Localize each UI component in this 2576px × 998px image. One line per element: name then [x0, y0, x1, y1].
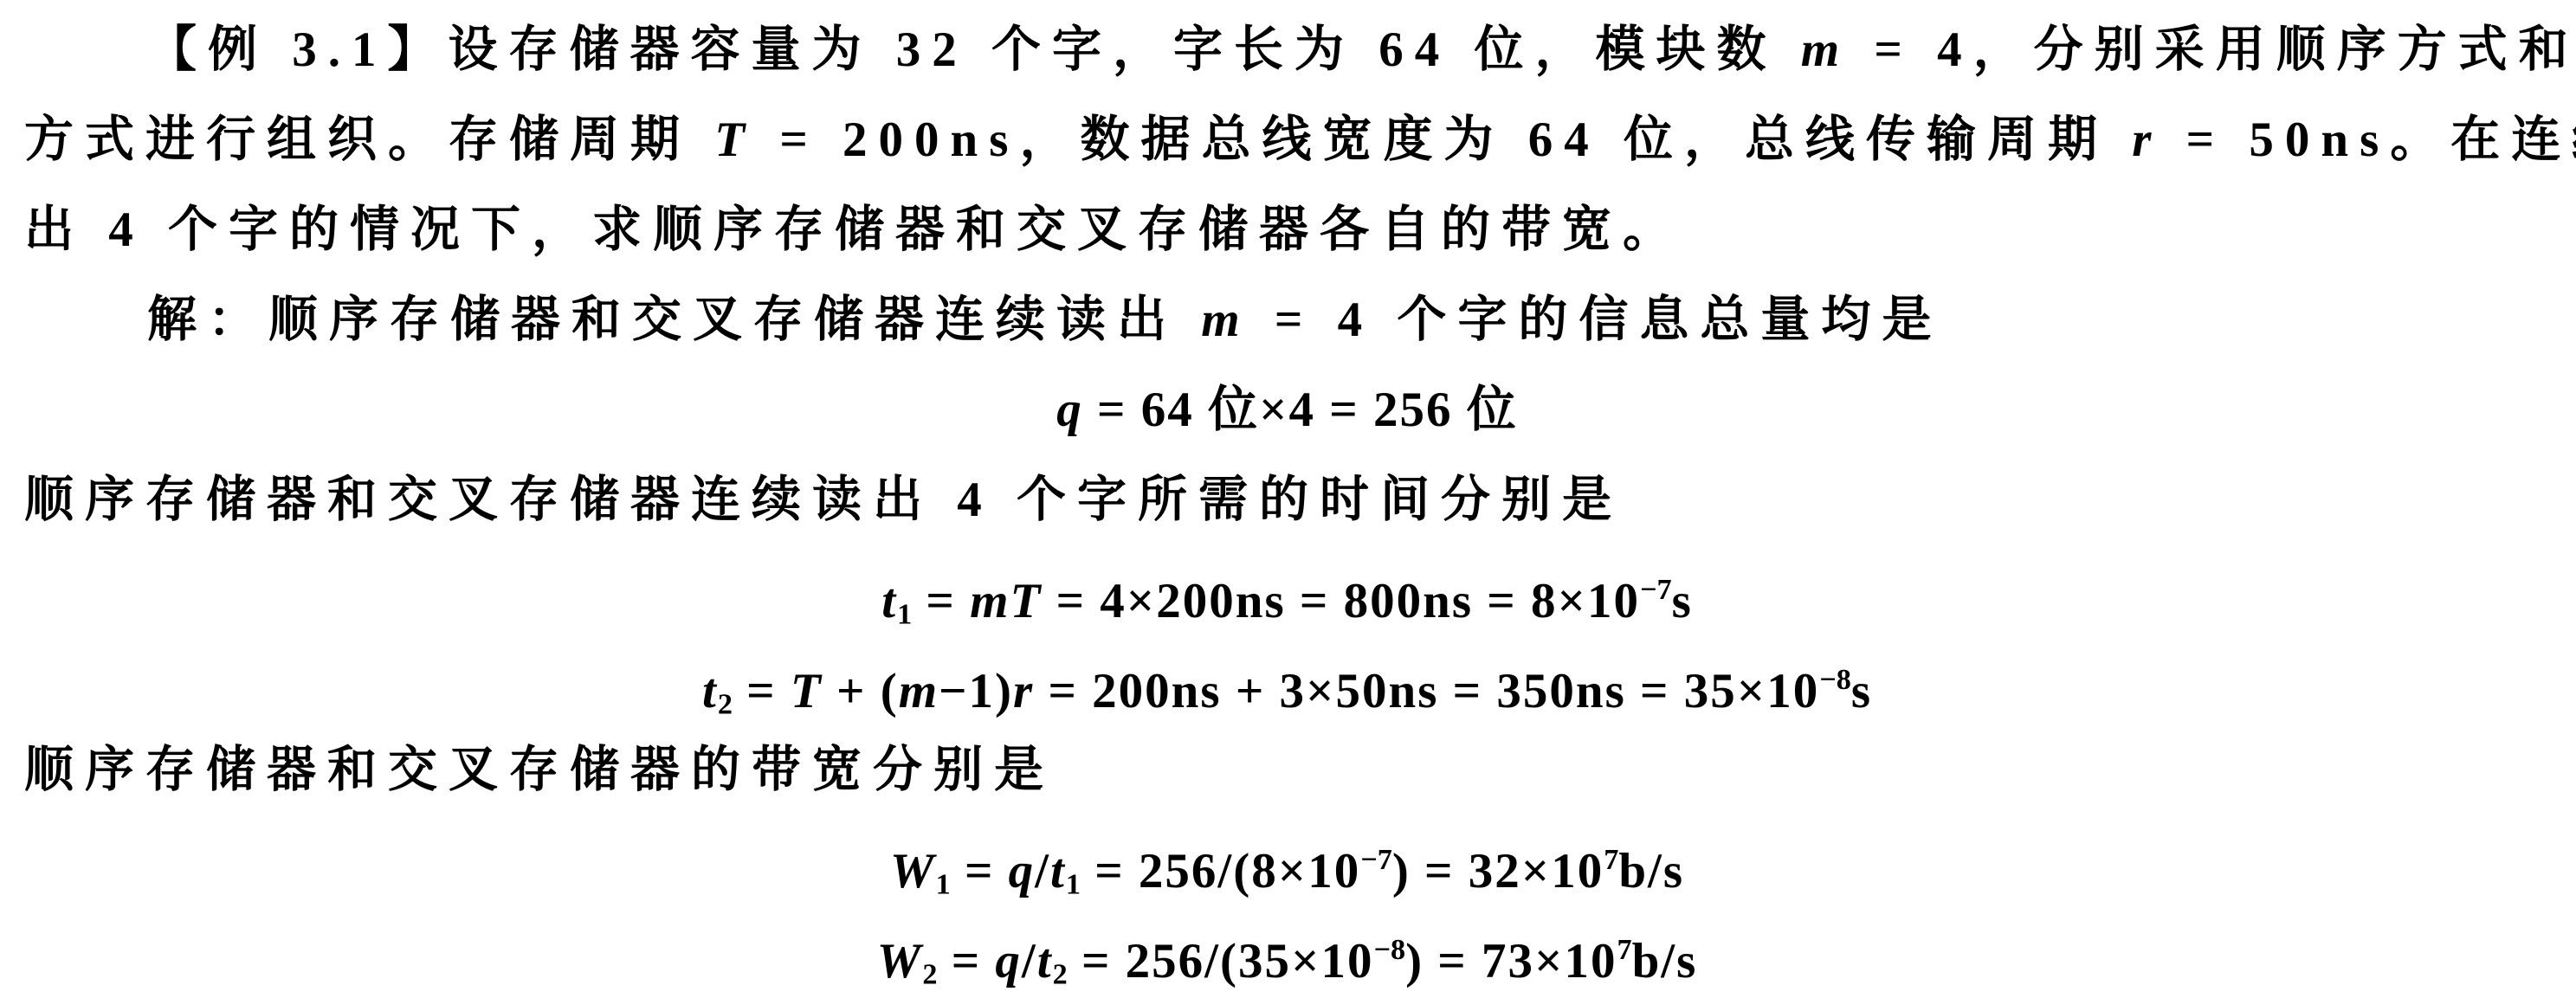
text-run: / [1035, 844, 1050, 898]
math-variable: r [2132, 113, 2162, 167]
text-run: = 4 个字的信息总量均是 [1251, 293, 1943, 347]
superscript: 7 [1604, 844, 1618, 876]
superscript: −8 [1819, 664, 1851, 696]
math-variable: T [791, 664, 823, 718]
math-variable: T [714, 113, 756, 167]
math-variable: m [899, 664, 939, 718]
math-variable: m [1201, 293, 1250, 347]
text-run: = 256/(8×10 [1081, 844, 1360, 898]
text-run: = [951, 844, 1009, 898]
document-content: 【例 3.1】设存储器容量为 32 个字，字长为 64 位，模块数 m = 4，… [0, 0, 2576, 995]
paragraph-line: 方式进行组织。存储周期 T = 200ns，数据总线宽度为 64 位，总线传输周… [24, 95, 2550, 185]
paragraph-line: 顺序存储器和交叉存储器连续读出 4 个字所需的时间分别是 [24, 455, 2550, 545]
text-run: / [1022, 934, 1037, 988]
text-run: 顺序存储器和交叉存储器连续读出 4 个字所需的时间分别是 [24, 473, 1623, 527]
superscript: −8 [1373, 934, 1405, 966]
superscript: −7 [1360, 844, 1392, 876]
text-run: s [1851, 664, 1872, 718]
superscript: 7 [1617, 934, 1632, 966]
subscript: 1 [936, 869, 951, 901]
text-run: b/s [1632, 934, 1698, 988]
math-variable: t [881, 574, 897, 628]
text-run: = [733, 664, 791, 718]
text-run: b/s [1618, 844, 1684, 898]
text-run: 出 4 个字的情况下，求顺序存储器和交叉存储器各自的带宽。 [24, 203, 1683, 257]
formula-line: t2 = T + (m−1)r = 200ns + 3×50ns = 350ns… [24, 635, 2550, 725]
document-page: 【例 3.1】设存储器容量为 32 个字，字长为 64 位，模块数 m = 4，… [0, 0, 2576, 998]
math-variable: q [1009, 844, 1036, 898]
text-run: + ( [823, 664, 899, 718]
text-run: −1) [939, 664, 1013, 718]
math-variable: W [877, 934, 923, 988]
text-run: = [912, 574, 970, 628]
formula-line: q = 64 位×4 = 256 位 [24, 365, 2550, 455]
formula-line: W1 = q/t1 = 256/(8×10−7) = 32×107b/s [24, 815, 2550, 905]
text-run: 顺序存储器和交叉存储器的带宽分别是 [24, 743, 1055, 797]
formula-line: t1 = mT = 4×200ns = 800ns = 8×10−7s [24, 545, 2550, 635]
text-run: = 4，分别采用顺序方式和交叉 [1850, 23, 2576, 77]
math-variable: W [890, 844, 936, 898]
paragraph-line: 出 4 个字的情况下，求顺序存储器和交叉存储器各自的带宽。 [24, 185, 2550, 275]
text-run: ) = 32×10 [1392, 844, 1604, 898]
math-variable: r [1013, 664, 1034, 718]
text-run: 【例 3.1】设存储器容量为 32 个字，字长为 64 位，模块数 [147, 23, 1801, 77]
subscript: 2 [922, 959, 937, 991]
text-run: = 200ns + 3×50ns = 350ns = 35×10 [1034, 664, 1819, 718]
paragraph-line: 【例 3.1】设存储器容量为 32 个字，字长为 64 位，模块数 m = 4，… [24, 5, 2550, 95]
text-run: = 50ns。在连续读 [2162, 113, 2576, 167]
superscript: −7 [1640, 574, 1672, 606]
text-run: 方式进行组织。存储周期 [24, 113, 714, 167]
subscript: 1 [897, 599, 912, 631]
text-run: s [1672, 574, 1693, 628]
text-run: = 256/(35×10 [1068, 934, 1374, 988]
subscript: 2 [718, 689, 733, 721]
math-variable: q [1056, 383, 1083, 437]
formula-line: W2 = q/t2 = 256/(35×10−8) = 73×107b/s [24, 905, 2550, 995]
text-run: = 200ns，数据总线宽度为 64 位，总线传输周期 [756, 113, 2132, 167]
text-run: 解：顺序存储器和交叉存储器连续读出 [147, 293, 1201, 347]
math-variable: t [1050, 844, 1066, 898]
subscript: 1 [1066, 869, 1081, 901]
text-run: = 64 位×4 = 256 位 [1083, 383, 1518, 437]
text-run: = [937, 934, 995, 988]
paragraph-line: 顺序存储器和交叉存储器的带宽分别是 [24, 725, 2550, 815]
math-variable: t [1037, 934, 1053, 988]
text-run: ) = 73×10 [1405, 934, 1617, 988]
paragraph-line: 解：顺序存储器和交叉存储器连续读出 m = 4 个字的信息总量均是 [24, 275, 2550, 365]
text-run: = 4×200ns = 800ns = 8×10 [1042, 574, 1640, 628]
math-variable: mT [970, 574, 1042, 628]
math-variable: q [995, 934, 1022, 988]
math-variable: t [702, 664, 718, 718]
subscript: 2 [1053, 959, 1068, 991]
math-variable: m [1801, 23, 1850, 77]
